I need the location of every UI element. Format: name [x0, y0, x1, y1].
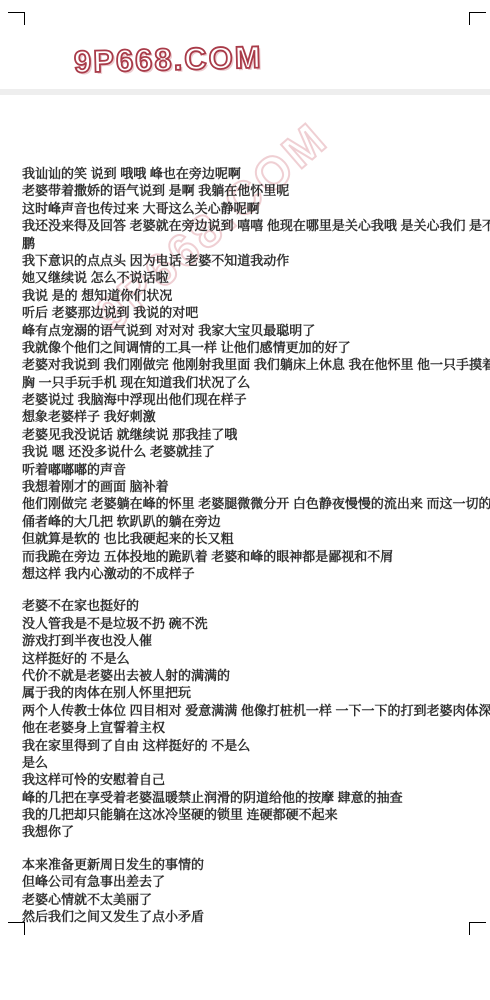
text-line: 她又继续说 怎么不说话啦 — [22, 269, 474, 286]
text-line: 我想着刚才的画面 脑补着 — [22, 478, 474, 495]
text-line: 老婆心情就不太美丽了 — [22, 891, 474, 908]
crop-mark-top-right — [469, 12, 486, 25]
text-line: 这时峰声音也传过来 大哥这么关心静呢啊 — [22, 200, 474, 217]
text-line: 听着嘟嘟嘟的声音 — [22, 461, 474, 478]
crop-mark-top-left — [8, 12, 25, 25]
text-line: 但峰公司有急事出差去了 — [22, 873, 474, 890]
text-line: 我说 是的 想知道你们状况 — [22, 287, 474, 304]
text-line: 我下意识的点点头 因为电话 老婆不知道我动作 — [22, 252, 474, 269]
text-line: 想这样 我内心激动的不成样子 — [22, 565, 474, 582]
text-line: 峰的几把在享受着老婆温暖禁止润滑的阴道给他的按摩 肆意的抽查 — [22, 789, 474, 806]
paragraph: 我讪讪的笑 说到 哦哦 峰也在旁边呢啊老婆带着撒娇的语气说到 是啊 我躺在他怀里… — [22, 165, 474, 582]
text-line: 俑者峰的大几把 软趴趴的躺在旁边 — [22, 513, 474, 530]
text-line: 老婆见我没说话 就继续说 那我挂了哦 — [22, 426, 474, 443]
text-line: 我还没来得及回答 老婆就在旁边说到 嘻嘻 他现在哪里是关心我哦 是关心我们 是不… — [22, 217, 474, 234]
document-page: 9P668.COM 9P668.COM 我讪讪的笑 说到 哦哦 峰也在旁边呢啊老… — [0, 0, 490, 1000]
text-line: 而我跪在旁边 五体投地的跪趴着 老婆和峰的眼神都是鄙视和不屑 — [22, 548, 474, 565]
text-line: 峰有点宠溺的语气说到 对对对 我家大宝贝最聪明了 — [22, 322, 474, 339]
body-text: 我讪讪的笑 说到 哦哦 峰也在旁边呢啊老婆带着撒娇的语气说到 是啊 我躺在他怀里… — [22, 165, 474, 925]
header-divider — [0, 89, 490, 95]
text-line: 听后 老婆那边说到 我说的对吧 — [22, 304, 474, 321]
text-line: 没人管我是不是垃圾不扔 碗不洗 — [22, 615, 474, 632]
text-line: 代价不就是老婆出去被人射的满满的 — [22, 667, 474, 684]
text-line: 两个人传教士体位 四目相对 爱意满满 他像打桩机一样 一下一下的打到老婆肉体深处 — [22, 702, 474, 719]
text-line: 然后我们之间又发生了点小矛盾 — [22, 908, 474, 925]
text-line: 属于我的肉体在别人怀里把玩 — [22, 684, 474, 701]
text-line: 老婆带着撒娇的语气说到 是啊 我躺在他怀里呢 — [22, 182, 474, 199]
text-line: 我就像个他们之间调情的工具一样 让他们感情更加的好了 — [22, 339, 474, 356]
text-line: 游戏打到半夜也没人催 — [22, 632, 474, 649]
text-line: 老婆不在家也挺好的 — [22, 597, 474, 614]
text-line: 老婆对我说到 我们刚做完 他刚射我里面 我们躺床上休息 我在他怀里 他一只手摸着… — [22, 356, 474, 373]
text-line: 他在老婆身上宣誓着主权 — [22, 719, 474, 736]
paragraph: 老婆不在家也挺好的没人管我是不是垃圾不扔 碗不洗游戏打到半夜也没人催这样挺好的 … — [22, 597, 474, 840]
text-line: 胸 一只手玩手机 现在知道我们状况了么 — [22, 374, 474, 391]
text-line: 他们刚做完 老婆躺在峰的怀里 老婆腿微微分开 白色静夜慢慢的流出来 而这一切的始… — [22, 495, 474, 512]
text-line: 老婆说过 我脑海中浮现出他们现在样子 — [22, 391, 474, 408]
text-line: 我在家里得到了自由 这样挺好的 不是么 — [22, 737, 474, 754]
text-line: 是么 — [22, 754, 474, 771]
text-line: 这样挺好的 不是么 — [22, 650, 474, 667]
text-line: 我讪讪的笑 说到 哦哦 峰也在旁边呢啊 — [22, 165, 474, 182]
site-logo: 9P668.COM — [74, 40, 263, 81]
paragraph: 本来准备更新周日发生的事情的但峰公司有急事出差去了老婆心情就不太美丽了然后我们之… — [22, 856, 474, 926]
text-line: 本来准备更新周日发生的事情的 — [22, 856, 474, 873]
text-line: 想象老婆样子 我好刺激 — [22, 408, 474, 425]
text-line: 鹏 — [22, 235, 474, 252]
text-line: 我这样可怜的安慰着自己 — [22, 771, 474, 788]
text-line: 但就算是软的 也比我硬起来的长又粗 — [22, 530, 474, 547]
text-line: 我想你了 — [22, 823, 474, 840]
text-line: 我说 嗯 还没多说什么 老婆就挂了 — [22, 443, 474, 460]
text-line: 我的几把却只能躺在这冰冷坚硬的锁里 连硬都硬不起来 — [22, 806, 474, 823]
